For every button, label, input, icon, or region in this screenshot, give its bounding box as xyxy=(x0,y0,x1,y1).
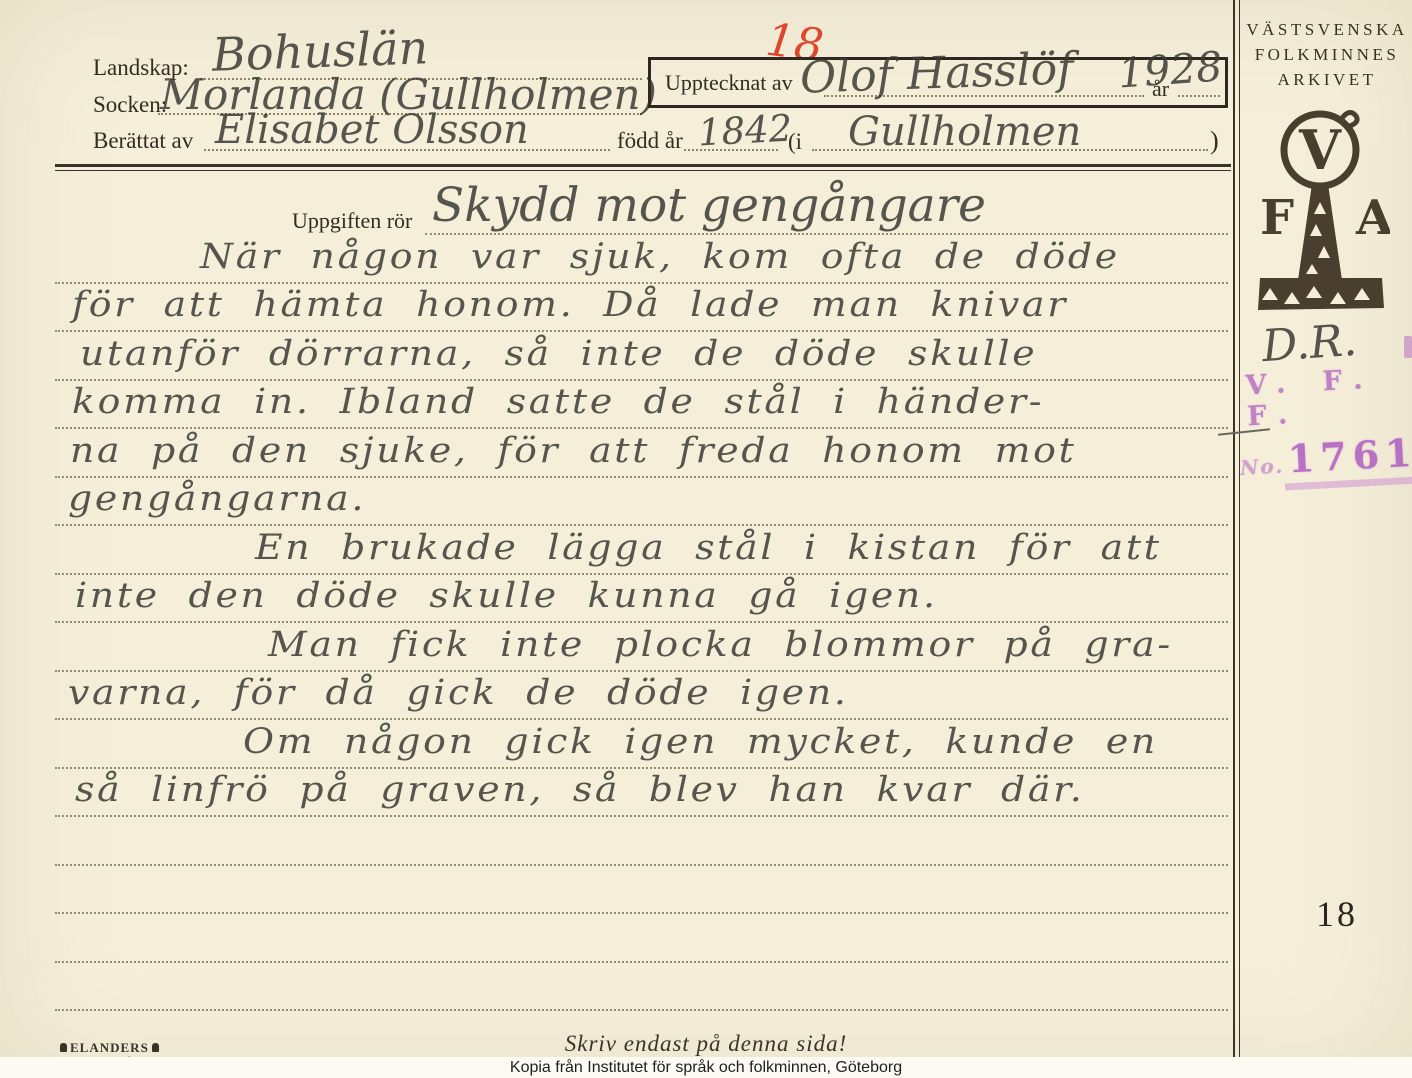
archive-name-line-3: ARKIVET xyxy=(1242,70,1412,90)
ruled-line xyxy=(55,912,1228,914)
ar-rule xyxy=(1178,95,1220,97)
logo-letter-a: A xyxy=(1355,190,1390,246)
header-divider-top xyxy=(55,164,1231,167)
handwritten-line: Man fick inte plocka blommor på gra- xyxy=(268,628,1173,663)
handwritten-line: inte den döde skulle kunna gå igen. xyxy=(75,579,938,614)
handwritten-line: så linfrö på graven, så blev han kvar dä… xyxy=(75,773,1084,808)
ar-value: 1928 xyxy=(1117,46,1224,94)
header-divider-bottom xyxy=(55,170,1231,171)
pencil-initials: D.R. xyxy=(1261,319,1359,370)
ruled-line xyxy=(55,330,1228,332)
birthplace-open-paren: (i xyxy=(788,129,802,155)
copy-note-strip: Kopia från Institutet för språk och folk… xyxy=(0,1057,1412,1078)
birthplace-value: Gullholmen xyxy=(848,112,1081,152)
margin-divider-line-1 xyxy=(1233,0,1235,1057)
handwritten-line: för att hämta honom. Då lade man knivar xyxy=(72,288,1068,323)
logo-letter-f: F xyxy=(1260,190,1294,246)
ruled-line xyxy=(55,524,1228,526)
archive-name-line-1: VÄSTSVENSKA xyxy=(1242,20,1412,40)
ruled-line xyxy=(55,961,1228,963)
margin-divider-line-2 xyxy=(1239,0,1241,1057)
write-only-instruction: Skriv endast på denna sida! xyxy=(0,1031,1412,1057)
birthplace-close-paren: ) xyxy=(1210,126,1219,156)
ruled-line xyxy=(55,767,1228,769)
handwritten-line: När någon var sjuk, kom ofta de döde xyxy=(200,240,1120,275)
archive-record-card: Landskap: Bohuslän Socken: Morlanda (Gul… xyxy=(0,0,1412,1078)
copy-note: Kopia från Institutet för språk och folk… xyxy=(510,1059,902,1076)
archive-name: VÄSTSVENSKA FOLKMINNES ARKIVET xyxy=(1242,20,1412,90)
handwritten-line: varna, för då gick de döde igen. xyxy=(68,676,849,711)
stamp-edge-smudge xyxy=(1404,336,1412,358)
ruled-line xyxy=(425,233,1228,235)
upptecknat-label: Upptecknat av xyxy=(665,70,793,96)
fodd-value: 1842 xyxy=(697,110,793,152)
handwritten-line: utanför dörrarna, så inte de döde skulle xyxy=(80,337,1037,372)
handwritten-line: komma in. Ibland satte de stål i händer- xyxy=(72,385,1044,420)
handwritten-line: gengångarna. xyxy=(68,482,366,517)
ruled-line xyxy=(55,282,1228,284)
ruled-line xyxy=(55,427,1228,429)
ruled-line xyxy=(55,718,1228,720)
fodd-label: född år xyxy=(617,128,683,154)
stamp-initials: V. F. F. xyxy=(1245,362,1412,433)
berattat-label: Berättat av xyxy=(93,128,193,154)
vfa-hammer-logo-icon: V F A xyxy=(1256,106,1390,324)
ruled-line xyxy=(55,621,1228,623)
ruled-line xyxy=(55,864,1228,866)
handwritten-line: Om någon gick igen mycket, kunde en xyxy=(243,725,1158,760)
handwritten-line: na på den sjuke, för att freda honom mot xyxy=(70,434,1076,469)
berattat-value: Elisabet Olsson xyxy=(215,110,529,150)
stamp-number: 1761 xyxy=(1287,430,1412,482)
ruled-line xyxy=(55,573,1228,575)
ruled-line xyxy=(55,815,1228,817)
subject-value: Skydd mot gengångare xyxy=(432,182,986,229)
handwritten-line: En brukade lägga stål i kistan för att xyxy=(255,531,1162,566)
subject-label: Uppgiften rör xyxy=(292,208,412,234)
stamp-no-label: No. xyxy=(1239,454,1284,480)
ruled-line xyxy=(55,670,1228,672)
accession-stamp: V. F. F. No. 1761 xyxy=(1245,362,1412,493)
ruled-line xyxy=(55,1009,1228,1011)
socken-label: Socken: xyxy=(93,92,167,118)
logo-letter-v: V xyxy=(1298,118,1342,182)
ruled-line xyxy=(55,476,1228,478)
upptecknat-value: Olof Hasslöf xyxy=(799,47,1074,101)
ruled-line xyxy=(55,379,1228,381)
page-number: 18 xyxy=(1316,893,1358,935)
archive-name-line-2: FOLKMINNES xyxy=(1242,45,1412,65)
